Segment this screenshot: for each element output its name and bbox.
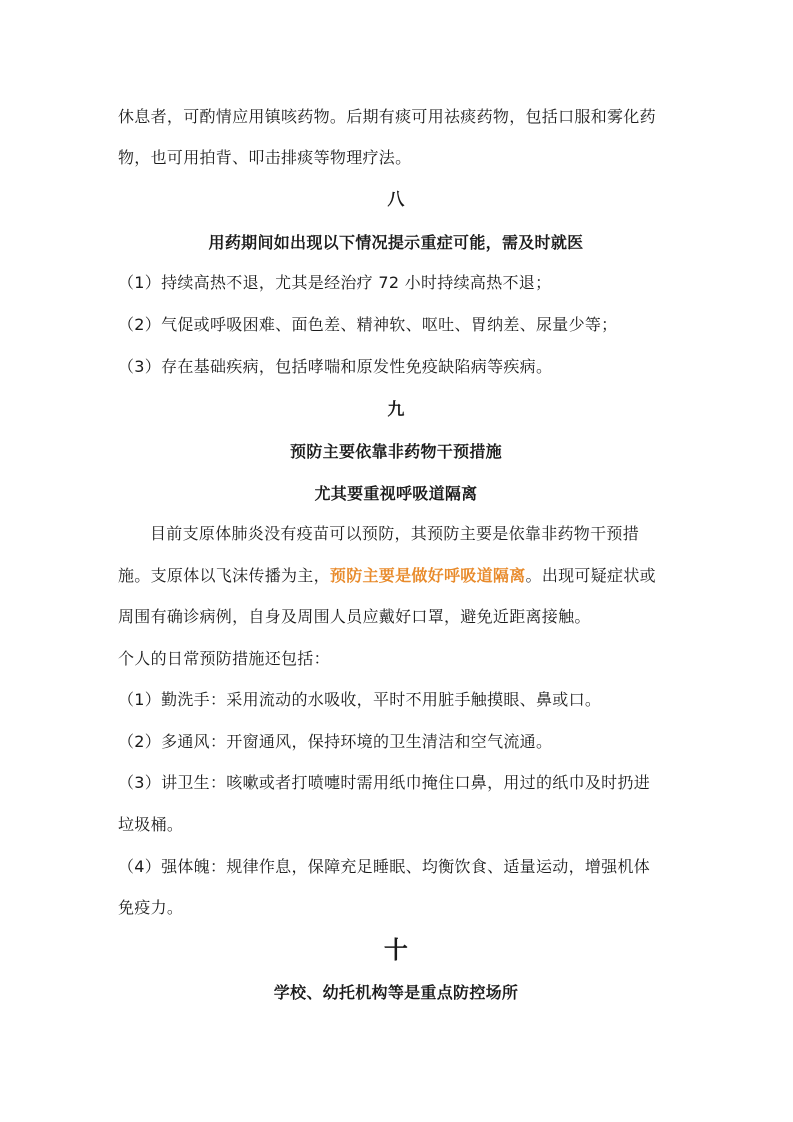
- section-title: 学校、幼托机构等是重点防控场所: [118, 983, 674, 1003]
- list-item-continuation: 免疫力。: [118, 898, 674, 918]
- list-item: （4）强体魄：规律作息，保障充足睡眠、均衡饮食、适量运动，增强机体: [118, 857, 674, 877]
- paragraph-line: 施。支原体以飞沫传播为主，预防主要是做好呼吸道隔离。出现可疑症状或: [118, 566, 674, 586]
- list-item: （3）存在基础疾病，包括哮喘和原发性免疫缺陷病等疾病。: [118, 357, 674, 377]
- list-item: （2）多通风：开窗通风，保持环境的卫生清洁和空气流通。: [118, 732, 674, 752]
- paragraph-line: 目前支原体肺炎没有疫苗可以预防，其预防主要是依靠非药物干预措: [118, 524, 674, 544]
- list-item: （1）勤洗手：采用流动的水吸收，平时不用脏手触摸眼、鼻或口。: [118, 690, 674, 710]
- text-run: 施。支原体以飞沫传播为主，: [118, 566, 330, 585]
- section-numeral: 八: [118, 190, 674, 210]
- list-item: （2）气促或呼吸困难、面色差、精神软、呕吐、胃纳差、尿量少等；: [118, 315, 674, 335]
- section-title: 用药期间如出现以下情况提示重症可能，需及时就医: [118, 233, 674, 253]
- list-item: （3）讲卫生：咳嗽或者打喷嚏时需用纸巾掩住口鼻，用过的纸巾及时扔进: [118, 773, 674, 793]
- list-item-continuation: 垃圾桶。: [118, 815, 674, 835]
- section-numeral: 十: [118, 940, 674, 960]
- list-item: （1）持续高热不退，尤其是经治疗 72 小时持续高热不退；: [118, 273, 674, 293]
- paragraph-line: 休息者，可酌情应用镇咳药物。后期有痰可用祛痰药物，包括口服和雾化药: [118, 107, 674, 127]
- paragraph-line: 周围有确诊病例，自身及周围人员应戴好口罩，避免近距离接触。: [118, 607, 674, 627]
- text-run: 。出现可疑症状或: [526, 566, 656, 585]
- section-numeral: 九: [118, 400, 674, 420]
- section-title: 预防主要依靠非药物干预措施: [118, 442, 674, 462]
- section-subtitle: 尤其要重视呼吸道隔离: [118, 484, 674, 504]
- highlighted-text: 预防主要是做好呼吸道隔离: [330, 566, 526, 585]
- paragraph-line: 个人的日常预防措施还包括：: [118, 649, 674, 669]
- paragraph-line: 物，也可用拍背、叩击排痰等物理疗法。: [118, 148, 674, 168]
